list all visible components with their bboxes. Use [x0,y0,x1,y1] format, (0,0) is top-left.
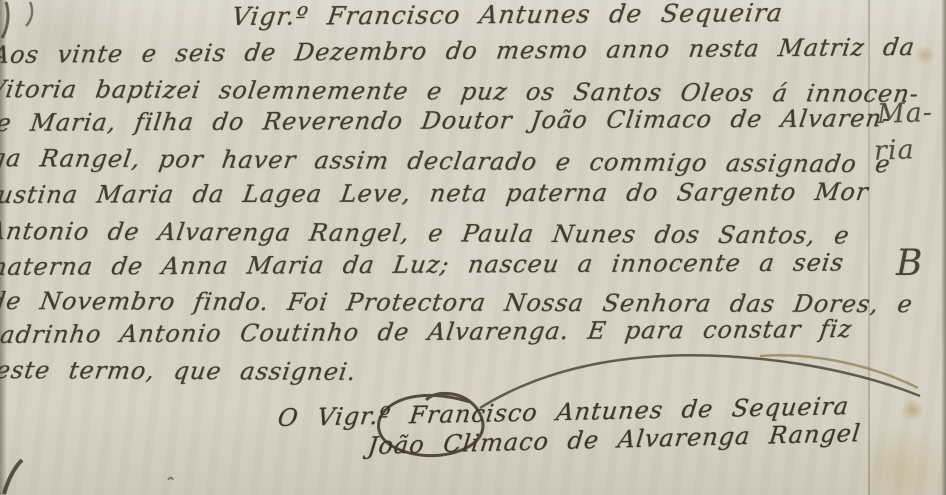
line-3-text: te Maria, filha do Reverendo Doutor João… [0,104,893,137]
line-8-text: de Novembro findo. Foi Protectora Nossa … [0,287,915,318]
line-7-text: materna de Anna Maria da Luz; nasceu a i… [0,248,846,281]
manuscript-line: Faustina Maria da Lagea Leve, neta pater… [0,178,869,209]
margin-note-letter-b: B [896,243,923,284]
cropped-stroke-marks-top [0,0,60,40]
manuscript-line: Aos vinte e seis de Dezembro do mesmo an… [0,33,915,69]
manuscript-page: Vigr.º Francisco Antunes de Sequeira Aos… [0,0,946,495]
manuscript-line: padrinho Antonio Coutinho de Alvarenga. … [0,315,852,349]
manuscript-line: te Maria, filha do Reverendo Doutor João… [0,104,891,137]
manuscript-line: Antonio de Alvarenga Rangel, e Paula Nun… [0,217,850,250]
manuscript-line: materna de Anna Maria da Luz; nasceu a i… [0,248,844,281]
line-6-text: Antonio de Alvarenga Rangel, e Paula Nun… [0,217,852,249]
cropped-stroke-marks [0,450,240,495]
line-5-text: Faustina Maria da Lagea Leve, neta pater… [0,178,870,209]
line-2-text: Vitoria baptizei solemnemente e puz os S… [0,75,921,108]
manuscript-line: este termo, que assignei. [0,356,356,386]
record-header-line: Vigr.º Francisco Antunes de Sequeira [232,0,783,31]
margin-rule-line [868,0,870,495]
line-4-text: ga Rangel, por haver assim declarado e c… [0,144,893,178]
margin-note-name-part1: Ma- [876,97,933,130]
manuscript-line: ga Rangel, por haver assim declarado e c… [0,144,891,178]
line-10-text: este termo, que assignei. [0,356,358,386]
header-text: Vigr.º Francisco Antunes de Sequeira [230,0,785,31]
margin-note-name-part2: ria [873,134,915,166]
line-1-text: Aos vinte e seis de Dezembro do mesmo an… [0,33,917,69]
line-9-text: padrinho Antonio Coutinho de Alvarenga. … [0,315,854,349]
manuscript-line: Vitoria baptizei solemnemente e puz os S… [0,75,919,108]
manuscript-line: de Novembro findo. Foi Protectora Nossa … [0,287,913,318]
